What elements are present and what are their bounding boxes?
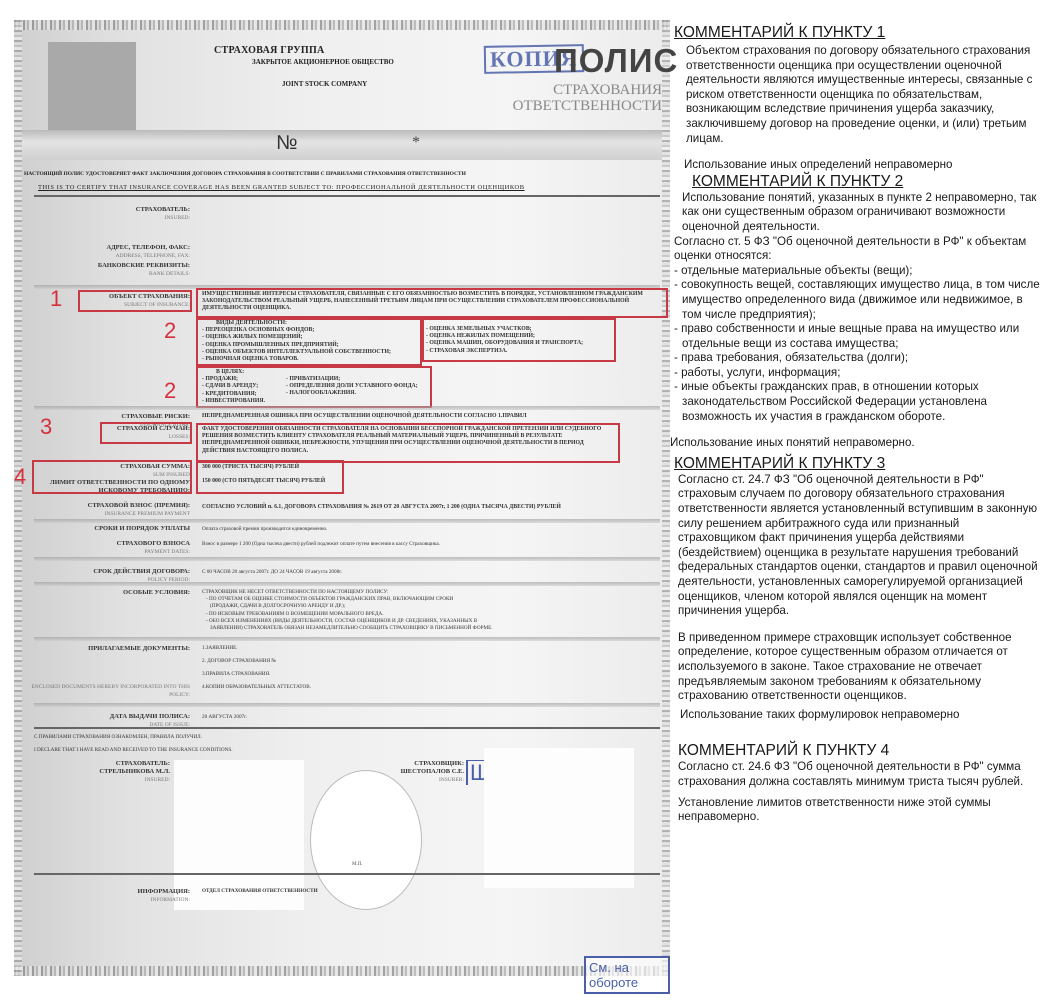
separator	[34, 703, 660, 707]
perforation-right	[662, 20, 670, 976]
policy-number-sign: №	[276, 132, 297, 155]
value-sum: 300 000 (ТРИСТА ТЫСЯЧ) РУБЛЕЙ	[202, 464, 342, 471]
redacted-logo	[48, 42, 136, 138]
activities-list-left: ВИДЫ ДЕЯТЕЛЬНОСТИ: - ПЕРЕОЦЕНКА ОСНОВНЫХ…	[202, 320, 422, 363]
value-premium: СОГЛАСНО УСЛОВИЙ п. 6.1, ДОГОВОРА СТРАХО…	[202, 504, 657, 511]
label-sum: СТРАХОВАЯ СУММА:SUM INSUREDЛИМИТ ОТВЕТСТ…	[20, 463, 190, 495]
declare-text: I DECLARE THAT I HAVE READ AND RECEIVED …	[34, 747, 434, 754]
insured-signature-block: СТРАХОВАТЕЛЬ:СТРЕЛЬНИКОВА М.Л.INSURED:	[20, 760, 170, 784]
comment-3-text: Согласно ст. 24.7 ФЗ "Об оценочной деяте…	[674, 473, 1040, 619]
marker-2b: 2	[164, 380, 176, 402]
frame-line	[34, 873, 660, 875]
comment-2-conclusion: Использование иных понятий неправомерно.	[670, 436, 1040, 451]
policy-subtitle-1: СТРАХОВАНИЯ	[553, 82, 662, 99]
value-period: С 00 ЧАСОВ 20 августа 2007г. ДО 24 ЧАСОВ…	[202, 569, 657, 576]
value-information: ОТДЕЛ СТРАХОВАНИЯ ОТВЕТСТВЕННОСТИ	[202, 888, 502, 895]
label-information: ИНФОРМАЦИЯ:INFORMATION:	[20, 888, 190, 904]
comment-4: КОММЕНТАРИЙ К ПУНКТУ 4 Согласно ст. 24.6…	[674, 742, 1040, 824]
company-name: СТРАХОВАЯ ГРУППА	[214, 45, 325, 56]
value-issue-date: 20 АВГУСТА 2007г.	[202, 714, 402, 721]
label-documents-en: ENCLOSED DOCUMENTS HEREBY INCORPORATED I…	[20, 683, 190, 699]
seal-label: М.П.	[352, 862, 363, 867]
insurer-signature-block: СТРАХОВЩИК:ШЕСТОПАЛОВ С.Е.INSURER:	[314, 760, 464, 784]
comment-1: КОММЕНТАРИЙ К ПУНКТУ 1 Объектом страхова…	[674, 24, 1040, 173]
separator	[34, 582, 660, 586]
list-item: - права требования, обязательства (долги…	[674, 351, 1040, 366]
label-subject: ОБЪЕКТ СТРАХОВАНИЯ:SUBJECT OF INSURANCE:	[20, 293, 190, 309]
comment-2-bullets: - отдельные материальные объекты (вещи);…	[674, 264, 1040, 425]
label-payment-dates: СТРАХОВОГО ВЗНОСАPAYMENT DATES:	[20, 540, 190, 556]
value-risks: НЕПРЕДНАМЕРЕННАЯ ОШИБКА ПРИ ОСУЩЕСТВЛЕНИ…	[202, 413, 657, 420]
value-payment-terms: Оплата страховой премии производится еди…	[202, 526, 657, 533]
commentary-column: КОММЕНТАРИЙ К ПУНКТУ 1 Объектом страхова…	[674, 24, 1040, 825]
company-type-en: JOINT STOCK COMPANY	[282, 80, 367, 88]
frame-line	[34, 727, 660, 729]
separator	[34, 637, 660, 641]
value-limit: 150 000 (СТО ПЯТЬДЕСЯТ ТЫСЯЧ) РУБЛЕЙ	[202, 478, 342, 485]
frame-line	[34, 195, 660, 197]
policy-subtitle-2: ОТВЕТСТВЕННОСТИ	[513, 98, 662, 115]
acquainted-text: С ПРАВИЛАМИ СТРАХОВАНИЯ ОЗНАКОМЛЕН, ПРАВ…	[34, 734, 434, 741]
comment-3-heading: КОММЕНТАРИЙ К ПУНКТУ 3	[674, 455, 1040, 473]
purposes-list-right: - ПРИВАТИЗАЦИИ; - ОПРЕДЕЛЕНИЯ ДОЛИ УСТАВ…	[286, 376, 426, 398]
perforation-bottom	[14, 966, 670, 976]
value-documents: 1.ЗАЯВЛЕНИЕ. 2. ДОГОВОР СТРАХОВАНИЯ № 3.…	[202, 645, 502, 697]
perforation-left	[14, 20, 22, 976]
marker-2a: 2	[164, 320, 176, 342]
comment-4-heading: КОММЕНТАРИЙ К ПУНКТУ 4	[674, 742, 1040, 760]
activities-list-right: - ОЦЕНКА ЗЕМЕЛЬНЫХ УЧАСТКОВ; - ОЦЕНКА НЕ…	[426, 326, 611, 355]
comment-3-text-2: В приведенном примере страховщик использ…	[674, 631, 1040, 704]
separator	[34, 519, 660, 523]
see-reverse-stamp: См. на обороте	[584, 956, 670, 994]
list-item: - работы, услуги, информация;	[674, 366, 1040, 381]
policy-number-mark: *	[412, 134, 420, 152]
label-premium: СТРАХОВОЙ ВЗНОС (ПРЕМИЯ):INSURANCE PREMI…	[20, 502, 190, 518]
value-subject: ИМУЩЕСТВЕННЫЕ ИНТЕРЕСЫ СТРАХОВАТЕЛЯ, СВЯ…	[202, 291, 657, 313]
label-bank: БАНКОВСКИЕ РЕКВИЗИТЫ:BANK DETAILS:	[20, 262, 190, 278]
comment-2-text: Согласно ст. 5 ФЗ "Об оценочной деятельн…	[674, 235, 1040, 264]
comment-1-text: Объектом страхования по договору обязате…	[674, 44, 1040, 146]
perforation-top	[14, 20, 670, 30]
list-item: - право собственности и иные вещные прав…	[674, 322, 1040, 351]
label-payment-terms: СРОКИ И ПОРЯДОК УПЛАТЫ	[20, 525, 190, 533]
comment-4-conclusion: Установление лимитов ответственности ниж…	[674, 796, 1040, 825]
value-special: СТРАХОВЩИК НЕ НЕСЕТ ОТВЕТСТВЕННОСТИ ПО Н…	[202, 589, 657, 632]
certify-text-en: THIS IS TO CERTIFY THAT INSURANCE COVERA…	[38, 184, 525, 191]
comment-1-conclusion: Использование иных определений неправоме…	[674, 158, 1040, 173]
list-item: - совокупность вещей, составляющих имуще…	[674, 278, 1040, 322]
label-loss: СТРАХОВОЙ СЛУЧАЙ:LOSSES:	[20, 425, 190, 441]
comment-4-text: Согласно ст. 24.6 ФЗ "Об оценочной деяте…	[674, 760, 1040, 789]
policy-title: ПОЛИС	[554, 42, 678, 80]
list-item: - отдельные материальные объекты (вещи);	[674, 264, 1040, 279]
label-documents: ПРИЛАГАЕМЫЕ ДОКУМЕНТЫ:	[20, 645, 190, 653]
label-address: АДРЕС, ТЕЛЕФОН, ФАКС:ADDRESS, TELEPHONE,…	[20, 244, 190, 260]
comment-2: КОММЕНТАРИЙ К ПУНКТУ 2 Использование пон…	[674, 173, 1040, 451]
value-payment-dates: Взнос в размере 1 200 (Одна тысяча двест…	[202, 541, 657, 548]
company-type: ЗАКРЫТОЕ АКЦИОНЕРНОЕ ОБЩЕСТВО	[252, 58, 394, 66]
comment-1-heading: КОММЕНТАРИЙ К ПУНКТУ 1	[674, 24, 1040, 42]
comment-2-heading: КОММЕНТАРИЙ К ПУНКТУ 2	[674, 173, 1040, 191]
label-insured: СТРАХОВАТЕЛЬ:INSURED:	[20, 206, 190, 222]
separator	[34, 406, 660, 410]
certify-text-ru: НАСТОЯЩИЙ ПОЛИС УДОСТОВЕРЯЕТ ФАКТ ЗАКЛЮЧ…	[24, 171, 466, 177]
label-special: ОСОБЫЕ УСЛОВИЯ:	[20, 589, 190, 597]
insurance-policy-scan: СТРАХОВАЯ ГРУППА ЗАКРЫТОЕ АКЦИОНЕРНОЕ ОБ…	[14, 20, 670, 976]
value-loss: ФАКТ УДОСТОВЕРЕНИЯ ОБЯЗАННОСТИ СТРАХОВАТ…	[202, 426, 612, 455]
separator	[34, 557, 660, 561]
redacted-area	[484, 748, 634, 888]
list-item: - иные объекты гражданских прав, в отнош…	[674, 380, 1040, 424]
comment-2-intro: Использование понятий, указанных в пункт…	[674, 191, 1040, 235]
comment-3-conclusion: Использование таких формулировок неправо…	[674, 708, 1040, 723]
comment-3: КОММЕНТАРИЙ К ПУНКТУ 3 Согласно ст. 24.7…	[674, 455, 1040, 723]
number-band	[22, 130, 662, 160]
